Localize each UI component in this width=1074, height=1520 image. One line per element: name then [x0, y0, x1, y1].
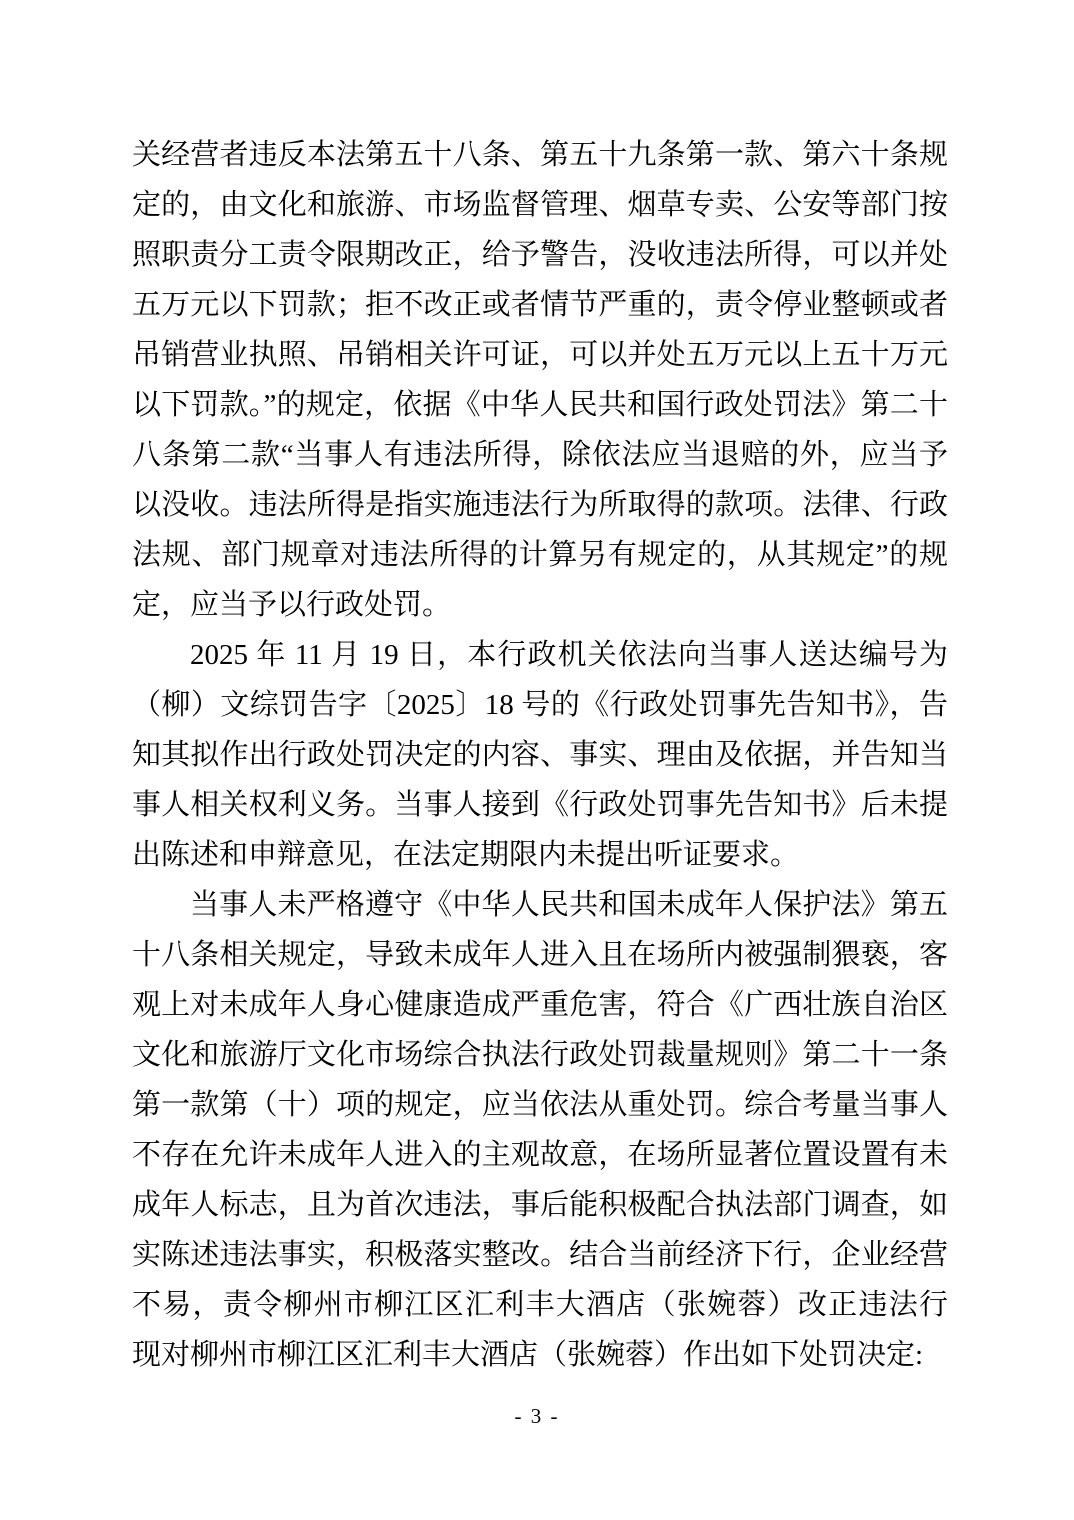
text-line: 第一款第（十）项的规定，应当依法从重处罚。综合考量当事人: [132, 1080, 948, 1130]
text-line: 实陈述违法事实，积极落实整改。结合当前经济下行，企业经营: [132, 1230, 948, 1280]
text-line: 不存在允许未成年人进入的主观故意，在场所显著位置设置有未: [132, 1130, 948, 1180]
text-line: （柳）文综罚告字〔2025〕18 号的《行政处罚事先告知书》，告: [132, 680, 948, 730]
text-line: 照职责分工责令限期改正，给予警告，没收违法所得，可以并处: [132, 230, 948, 280]
text-line-paragraph-end: 现对柳州市柳江区汇利丰大酒店（张婉蓉）作出如下处罚决定:: [132, 1330, 948, 1380]
text-line: 观上对未成年人身心健康造成严重危害，符合《广西壮族自治区: [132, 980, 948, 1030]
text-line: 不易，责令柳州市柳江区汇利丰大酒店（张婉蓉）改正违法行为，: [132, 1280, 948, 1330]
text-line: 成年人标志，且为首次违法，事后能积极配合执法部门调查，如: [132, 1180, 948, 1230]
page-number: - 3 -: [0, 1403, 1074, 1429]
text-line: 八条第二款“当事人有违法所得，除依法应当退赔的外，应当予: [132, 430, 948, 480]
text-line: 以下罚款。”的规定，依据《中华人民共和国行政处罚法》第二十: [132, 380, 948, 430]
text-line-paragraph-end: 定，应当予以行政处罚。: [132, 580, 948, 630]
text-line: 知其拟作出行政处罚决定的内容、事实、理由及依据，并告知当: [132, 730, 948, 780]
text-line-paragraph-start: 当事人未严格遵守《中华人民共和国未成年人保护法》第五: [132, 880, 948, 930]
text-line: 文化和旅游厅文化市场综合执法行政处罚裁量规则》第二十一条: [132, 1030, 948, 1080]
document-body: 关经营者违反本法第五十八条、第五十九条第一款、第六十条规 定的，由文化和旅游、市…: [132, 130, 948, 1380]
text-line: 吊销营业执照、吊销相关许可证，可以并处五万元以上五十万元: [132, 330, 948, 380]
text-line-paragraph-start: 2025 年 11 月 19 日，本行政机关依法向当事人送达编号为: [132, 630, 948, 680]
text-line: 以没收。违法所得是指实施违法行为所取得的款项。法律、行政: [132, 480, 948, 530]
text-line: 法规、部门规章对违法所得的计算另有规定的，从其规定”的规: [132, 530, 948, 580]
text-line: 五万元以下罚款；拒不改正或者情节严重的，责令停业整顿或者: [132, 280, 948, 330]
text-line: 关经营者违反本法第五十八条、第五十九条第一款、第六十条规: [132, 130, 948, 180]
text-line: 事人相关权利义务。当事人接到《行政处罚事先告知书》后未提: [132, 780, 948, 830]
text-line: 定的，由文化和旅游、市场监督管理、烟草专卖、公安等部门按: [132, 180, 948, 230]
document-page: 关经营者违反本法第五十八条、第五十九条第一款、第六十条规 定的，由文化和旅游、市…: [0, 0, 1074, 1520]
text-line: 十八条相关规定，导致未成年人进入且在场所内被强制猥亵，客: [132, 930, 948, 980]
text-line-paragraph-end: 出陈述和申辩意见，在法定期限内未提出听证要求。: [132, 830, 948, 880]
